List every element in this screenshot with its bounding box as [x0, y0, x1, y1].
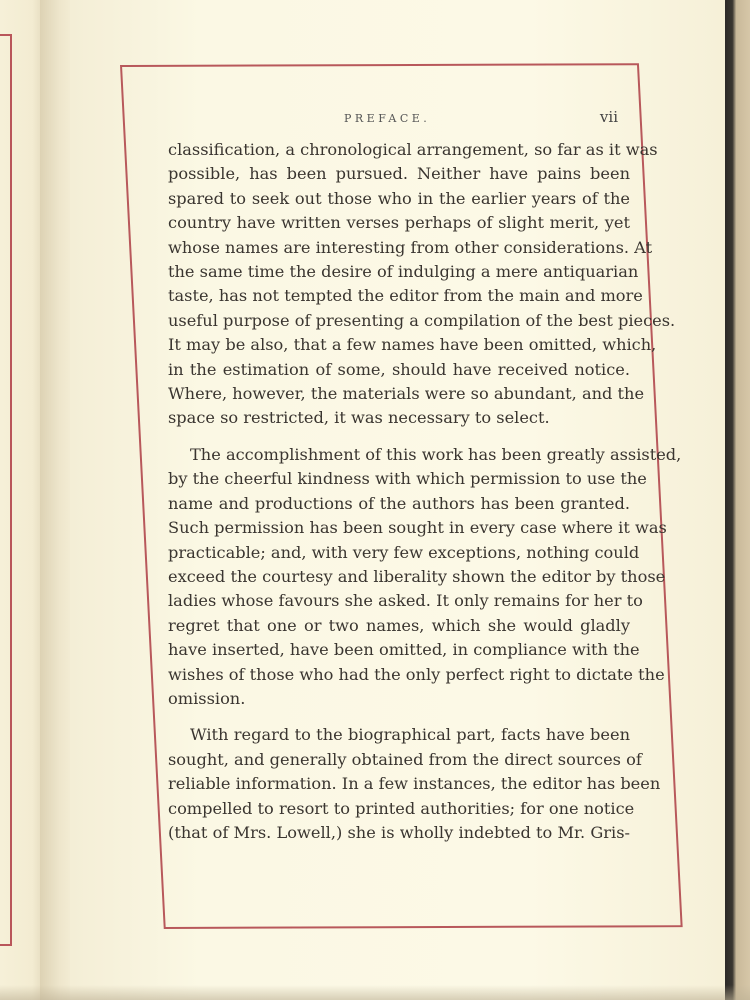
- page-content: PREFACE. vii classification, a chronolog…: [168, 108, 630, 857]
- paragraph-3: With regard to the biographical part, fa…: [168, 723, 630, 845]
- text-line: possible, has been pursued. Neither have…: [168, 162, 630, 186]
- text-line: Where, however, the materials were so ab…: [168, 382, 630, 406]
- text-line: regret that one or two names, which she …: [168, 614, 630, 638]
- running-title: PREFACE.: [344, 112, 430, 125]
- page-number: vii: [600, 108, 618, 126]
- text-line: With regard to the biographical part, fa…: [168, 723, 630, 747]
- text-line: name and productions of the authors has …: [168, 492, 630, 516]
- text-line: wishes of those who had the only perfect…: [168, 663, 630, 687]
- book-cover-edge: [725, 0, 750, 1000]
- text-line: compelled to resort to printed authoriti…: [168, 797, 630, 821]
- text-line: Such permission has been sought in every…: [168, 516, 630, 540]
- text-line: by the cheerful kindness with which perm…: [168, 467, 630, 491]
- text-line: the same time the desire of indulging a …: [168, 260, 630, 284]
- text-line: sought, and generally obtained from the …: [168, 748, 630, 772]
- text-line: have inserted, have been omitted, in com…: [168, 638, 630, 662]
- text-line: It may be also, that a few names have be…: [168, 333, 630, 357]
- text-line: The accomplishment of this work has been…: [168, 443, 630, 467]
- paragraph-1: classification, a chronological arrangem…: [168, 138, 630, 431]
- page-bottom-shadow: [0, 985, 750, 1000]
- text-line: in the estimation of some, should have r…: [168, 358, 630, 382]
- left-page-border: [0, 34, 12, 946]
- text-line: ladies whose favours she asked. It only …: [168, 589, 630, 613]
- text-line: spared to seek out those who in the earl…: [168, 187, 630, 211]
- text-line: whose names are interesting from other c…: [168, 236, 630, 260]
- text-line: country have written verses perhaps of s…: [168, 211, 630, 235]
- text-line: (that of Mrs. Lowell,) she is wholly ind…: [168, 821, 630, 845]
- text-line: taste, has not tempted the editor from t…: [168, 284, 630, 308]
- text-line: exceed the courtesy and liberality shown…: [168, 565, 630, 589]
- paragraph-2: The accomplishment of this work has been…: [168, 443, 630, 711]
- text-line: useful purpose of presenting a compilati…: [168, 309, 630, 333]
- text-line: space so restricted, it was necessary to…: [168, 406, 630, 430]
- running-head: PREFACE. vii: [168, 108, 630, 130]
- text-line: practicable; and, with very few exceptio…: [168, 541, 630, 565]
- text-line: reliable information. In a few instances…: [168, 772, 630, 796]
- text-line: omission.: [168, 687, 630, 711]
- text-line: classification, a chronological arrangem…: [168, 138, 630, 162]
